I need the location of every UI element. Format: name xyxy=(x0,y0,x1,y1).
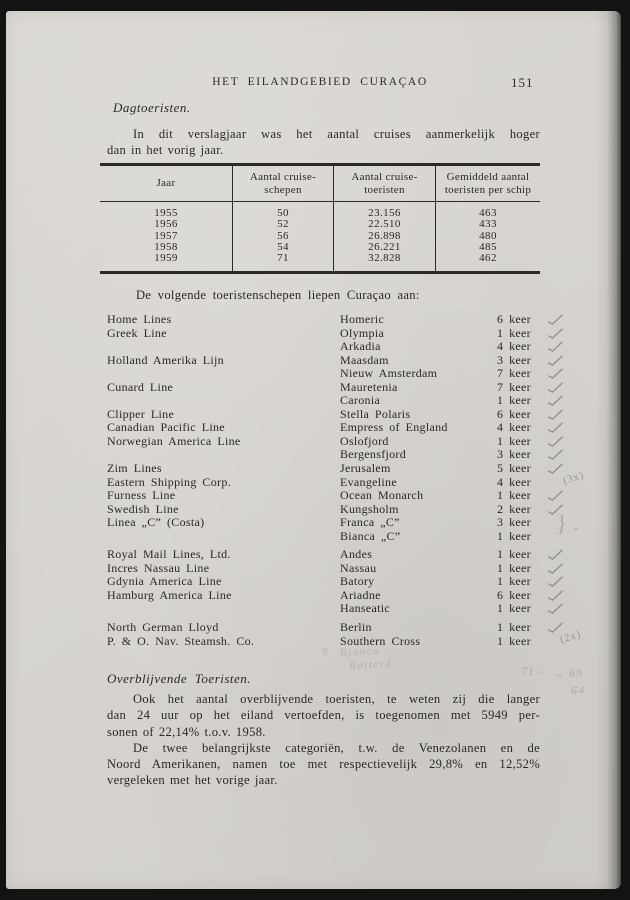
page-content: HET EILANDGEBIED CURAÇAO 151 Dagtoeriste… xyxy=(0,0,630,900)
ship-name: Mauretenia xyxy=(340,381,497,395)
shipping-line-name: Holland Amerika Lijn xyxy=(107,354,340,368)
ship-list-row: Hanseatic 1 keer xyxy=(107,602,587,616)
shipping-line-name: Zim Lines xyxy=(107,462,340,476)
ship-name: Hanseatic xyxy=(340,602,497,616)
shipping-line-name xyxy=(107,367,340,381)
pencil-check-icon xyxy=(547,394,573,408)
ship-list-row: Bergensfjord 3 keer xyxy=(107,448,587,462)
ship-list-row: Royal Mail Lines, Ltd. Andes 1 keer xyxy=(107,548,587,562)
paragraph-line: dan in het vorig jaar. xyxy=(107,142,540,158)
shipping-line-name: Royal Mail Lines, Ltd. xyxy=(107,548,340,562)
ship-name: Caronia xyxy=(340,394,497,408)
ship-name: Homeric xyxy=(340,313,497,327)
table-cell-jaar: 1956 xyxy=(100,219,232,230)
ship-list-row: Holland Amerika Lijn Maasdam 3 keer xyxy=(107,354,587,368)
pencil-arrow-69: → 69 xyxy=(552,666,583,681)
pencil-word-bianca: Bianca xyxy=(340,645,381,660)
shipping-line-name: Cunard Line xyxy=(107,381,340,395)
pencil-check-icon xyxy=(547,548,573,562)
pencil-check-icon xyxy=(547,602,573,616)
pencil-check-icon xyxy=(547,367,573,381)
ship-list-row: Norwegian America Line Oslofjord 1 keer xyxy=(107,435,587,449)
table-row: 1955 50 23.156 463 xyxy=(100,202,540,219)
ship-list-row: Arkadia 4 keer xyxy=(107,340,587,354)
ship-name: Berlin xyxy=(340,621,497,635)
ship-visit-count: 4 keer xyxy=(497,340,547,354)
shipping-line-name: Clipper Line xyxy=(107,408,340,422)
table-header-aantal-toeristen: Aantal cruise-toeristen xyxy=(333,166,435,201)
ship-visit-count: 1 keer xyxy=(497,489,547,503)
ship-list-row: Eastern Shipping Corp. Evangeline 4 keer xyxy=(107,476,587,490)
table-body: 1955 50 23.156 463 1956 52 22.510 433 19… xyxy=(100,202,540,271)
shipping-line-name: North German Lloyd xyxy=(107,621,340,635)
heading-dagtoeristen: Dagtoeristen. xyxy=(113,100,191,116)
ship-list-row: Furness Line Ocean Monarch 1 keer xyxy=(107,489,587,503)
pencil-number-64: 64 xyxy=(571,683,585,698)
ship-visit-count: 1 keer xyxy=(497,327,547,341)
shipping-line-name: Norwegian America Line xyxy=(107,435,340,449)
ship-name: Evangeline xyxy=(340,476,497,490)
ship-visit-count: 1 keer xyxy=(497,394,547,408)
ship-list: Home Lines Homeric 6 keer Greek Line Oly… xyxy=(107,313,587,648)
ship-name: Nieuw Amsterdam xyxy=(340,367,497,381)
paragraph-line: De twee belangrijkste categoriën, t.w. d… xyxy=(107,740,540,756)
ship-list-row: Incres Nassau Line Nassau 1 keer xyxy=(107,562,587,576)
ship-list-row: Cunard Line Mauretenia 7 keer xyxy=(107,381,587,395)
ship-list-row: Canadian Pacific Line Empress of England… xyxy=(107,421,587,435)
ship-name: Maasdam xyxy=(340,354,497,368)
pencil-check-icon xyxy=(547,562,573,576)
pencil-check-icon xyxy=(547,327,573,341)
table-cell-schepen: 52 xyxy=(232,219,333,230)
ships-intro-line: De volgende toeristenschepen liepen Cura… xyxy=(136,288,420,303)
pencil-check-icon xyxy=(547,421,573,435)
table-header-aantal-schepen: Aantal cruise-schepen xyxy=(232,166,333,201)
pencil-check-icon xyxy=(547,489,573,503)
running-head: HET EILANDGEBIED CURAÇAO xyxy=(100,76,540,88)
shipping-line-name: Eastern Shipping Corp. xyxy=(107,476,340,490)
ship-name: Empress of England xyxy=(340,421,497,435)
ship-name: Andes xyxy=(340,548,497,562)
table-cell-gemiddeld: 463 xyxy=(435,202,540,219)
shipping-line-name: Gdynia America Line xyxy=(107,575,340,589)
ship-visit-count: 6 keer xyxy=(497,313,547,327)
page-number: 151 xyxy=(511,75,534,91)
ship-name: Bergensfjord xyxy=(340,448,497,462)
ship-visit-count: 3 keer xyxy=(497,516,547,530)
pencil-check-icon xyxy=(547,408,573,422)
ship-name: Arkadia xyxy=(340,340,497,354)
table-row: 1959 71 32.828 462 xyxy=(100,253,540,271)
ship-visit-count: 1 keer xyxy=(497,575,547,589)
pencil-number-71: 71 - xyxy=(521,664,544,679)
heading-overblijvende: Overblijvende Toeristen. xyxy=(107,671,251,687)
ship-list-row: Hamburg America Line Ariadne 6 keer xyxy=(107,589,587,603)
ship-visit-count: 4 keer xyxy=(497,421,547,435)
paragraph-line: Ook het aantal overblijvende toeristen, … xyxy=(107,691,540,707)
ship-list-row: Home Lines Homeric 6 keer xyxy=(107,313,587,327)
ship-visit-count: 3 keer xyxy=(497,354,547,368)
shipping-line-name xyxy=(107,340,340,354)
shipping-line-name xyxy=(107,602,340,616)
table-row: 1956 52 22.510 433 xyxy=(100,219,540,230)
ship-list-row: Nieuw Amsterdam 7 keer xyxy=(107,367,587,381)
cruise-statistics-table: Jaar Aantal cruise-schepen Aantal cruise… xyxy=(100,163,540,274)
pencil-check-icon xyxy=(547,435,573,449)
ship-name: Bianca „C” xyxy=(340,530,497,544)
pencil-check-icon xyxy=(547,313,573,327)
shipping-line-name xyxy=(107,448,340,462)
ship-visit-count: 1 keer xyxy=(497,562,547,576)
ship-name: Nassau xyxy=(340,562,497,576)
ship-visit-count: 1 keer xyxy=(497,548,547,562)
table-cell-toeristen: 22.510 xyxy=(333,219,435,230)
pencil-check-icon xyxy=(547,589,573,603)
ship-visit-count: 1 keer xyxy=(497,635,547,649)
shipping-line-name xyxy=(107,530,340,544)
table-cell-schepen: 50 xyxy=(232,202,333,219)
table-cell-gemiddeld: 462 xyxy=(435,253,540,271)
ship-visit-count: 6 keer xyxy=(497,589,547,603)
pencil-check-icon xyxy=(547,340,573,354)
ship-list-row: Clipper Line Stella Polaris 6 keer xyxy=(107,408,587,422)
shipping-line-name: Canadian Pacific Line xyxy=(107,421,340,435)
shipping-line-name: P. & O. Nav. Steamsh. Co. xyxy=(107,635,340,649)
ship-name: Kungsholm xyxy=(340,503,497,517)
table-cell-jaar: 1955 xyxy=(100,202,232,219)
pencil-word-rotterd: Rotterd xyxy=(349,658,393,673)
ship-list-row: Linea „C” (Costa) Franca „C” 3 keer xyxy=(107,516,587,530)
shipping-line-name: Greek Line xyxy=(107,327,340,341)
ship-visit-count: 1 keer xyxy=(497,530,547,544)
ship-list-row: Caronia 1 keer xyxy=(107,394,587,408)
ship-visit-count: 1 keer xyxy=(497,435,547,449)
ship-visit-count: 5 keer xyxy=(497,462,547,476)
pencil-brace-icon: } xyxy=(555,511,568,539)
pencil-check-icon xyxy=(547,381,573,395)
pencil-check-icon xyxy=(547,354,573,368)
ship-name: Batory xyxy=(340,575,497,589)
shipping-line-name: Hamburg America Line xyxy=(107,589,340,603)
ship-visit-count: 4 keer xyxy=(497,476,547,490)
paragraph-line: Noord Amerikanen, namen toe met respecti… xyxy=(107,756,540,772)
pencil-check-icon xyxy=(547,448,573,462)
ship-name: Stella Polaris xyxy=(340,408,497,422)
ship-list-row: North German Lloyd Berlin 1 keer xyxy=(107,621,587,635)
ship-name: Ariadne xyxy=(340,589,497,603)
paragraph-dagtoeristen: In dit verslagjaar was het aantal cruise… xyxy=(107,126,540,159)
paragraph-line: dan 24 uur op het eiland vertoefden, is … xyxy=(107,707,540,723)
paragraph-line: In dit verslagjaar was het aantal cruise… xyxy=(107,126,540,142)
ship-visit-count: 7 keer xyxy=(497,381,547,395)
shipping-line-name: Furness Line xyxy=(107,489,340,503)
ship-list-row: Zim Lines Jerusalem 5 keer xyxy=(107,462,587,476)
ship-visit-count: 3 keer xyxy=(497,448,547,462)
ship-visit-count: 6 keer xyxy=(497,408,547,422)
table-cell-schepen: 71 xyxy=(232,253,333,271)
ship-name: Olympia xyxy=(340,327,497,341)
ship-visit-count: 7 keer xyxy=(497,367,547,381)
paragraph-line: vergeleken met het vorige jaar. xyxy=(107,772,540,788)
table-cell-jaar: 1959 xyxy=(100,253,232,271)
pencil-mark-9: 9 xyxy=(322,646,330,658)
table-header-gemiddeld: Gemiddeld aantal toeristen per schip xyxy=(435,166,540,201)
ship-name: Ocean Monarch xyxy=(340,489,497,503)
paragraph-line: sonen of 22,14% t.o.v. 1958. xyxy=(107,724,540,740)
ship-list-row: Greek Line Olympia 1 keer xyxy=(107,327,587,341)
ship-visit-count: 1 keer xyxy=(497,621,547,635)
table-cell-toeristen: 23.156 xyxy=(333,202,435,219)
table-cell-gemiddeld: 433 xyxy=(435,219,540,230)
shipping-line-name: Home Lines xyxy=(107,313,340,327)
pencil-check-icon xyxy=(547,575,573,589)
paragraph-overblijvende: Ook het aantal overblijvende toeristen, … xyxy=(107,691,540,789)
pencil-brace-dash: - xyxy=(574,521,578,536)
shipping-line-name: Linea „C” (Costa) xyxy=(107,516,340,530)
table-cell-toeristen: 32.828 xyxy=(333,253,435,271)
ship-visit-count: 2 keer xyxy=(497,503,547,517)
ship-name: Franca „C” xyxy=(340,516,497,530)
table-header-jaar: Jaar xyxy=(100,166,232,201)
shipping-line-name xyxy=(107,394,340,408)
shipping-line-name: Incres Nassau Line xyxy=(107,562,340,576)
ship-name: Jerusalem xyxy=(340,462,497,476)
ship-list-row: Gdynia America Line Batory 1 keer xyxy=(107,575,587,589)
table-header-row: Jaar Aantal cruise-schepen Aantal cruise… xyxy=(100,166,540,202)
ship-list-row: Swedish Line Kungsholm 2 keer xyxy=(107,503,587,517)
ship-list-row: Bianca „C” 1 keer xyxy=(107,530,587,544)
ship-name: Oslofjord xyxy=(340,435,497,449)
ship-visit-count: 1 keer xyxy=(497,602,547,616)
shipping-line-name: Swedish Line xyxy=(107,503,340,517)
